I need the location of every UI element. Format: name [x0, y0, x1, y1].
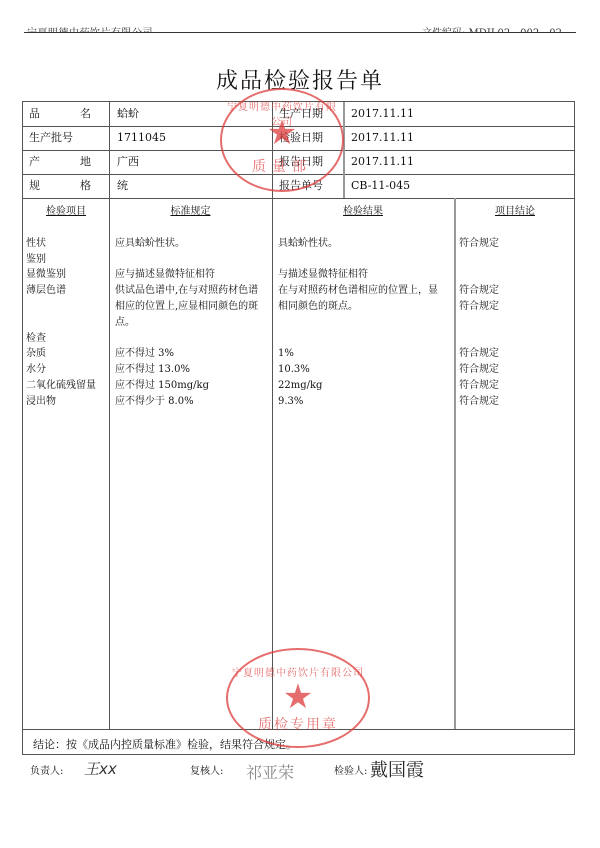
table-cell: [459, 220, 499, 236]
responsible-label: 负责人:: [30, 762, 63, 777]
info-value: CB-11-045: [351, 174, 410, 198]
test-items-column: 性状鉴别显微鉴别薄层色谱检查杂质水分二氧化硫残留量浸出物: [26, 220, 96, 410]
table-cell: 供试品色谱中,在与对照药材色谱: [115, 283, 258, 299]
table-cell: 二氧化硫残留量: [26, 378, 96, 394]
table-cell: [26, 315, 96, 331]
info-label: 规格: [29, 174, 91, 198]
table-cell: 9.3%: [278, 394, 438, 410]
table-cell: 点。: [115, 315, 258, 331]
table-cell: [278, 315, 438, 331]
reviewer-signature: 祁亚荣: [246, 760, 294, 783]
table-cell: 鉴别: [26, 252, 96, 268]
overall-conclusion: 结论：按《成品内控质量标准》检验，结果符合规定。: [33, 736, 297, 752]
info-label: 品名: [29, 102, 91, 126]
table-cell: 符合规定: [459, 283, 499, 299]
table-cell: 符合规定: [459, 378, 499, 394]
results-column: 具蛤蚧性状。与描述显微特征相符在与对照药材色谱相应的位置上，显相同颜色的斑点。1…: [278, 220, 438, 410]
table-cell: 应不得过 150mg/kg: [115, 378, 258, 394]
report-table: 品名蛤蚧生产日期2017.11.11生产批号1711045检验日期2017.11…: [22, 101, 575, 755]
table-cell: 符合规定: [459, 346, 499, 362]
document-number: 文件编码: MDJL02－002－02: [422, 24, 562, 33]
info-label: 生产日期: [279, 102, 323, 126]
info-label: 生产批号: [29, 126, 73, 150]
table-cell: [115, 252, 258, 268]
header-test-item: 检验项目: [23, 202, 109, 217]
table-cell: 应具蛤蚧性状。: [115, 236, 258, 252]
table-cell: 在与对照药材色谱相应的位置上，显: [278, 283, 438, 299]
table-cell: 符合规定: [459, 236, 499, 252]
table-cell: 1%: [278, 346, 438, 362]
table-cell: 10.3%: [278, 362, 438, 378]
standards-column: 应具蛤蚧性状。应与描述显微特征相符供试品色谱中,在与对照药材色谱相应的位置上,应…: [115, 220, 258, 410]
table-cell: [278, 220, 438, 236]
table-cell: 杂质: [26, 346, 96, 362]
table-cell: 符合规定: [459, 394, 499, 410]
table-cell: 具蛤蚧性状。: [278, 236, 438, 252]
table-cell: 相应的位置上,应显相同颜色的斑: [115, 299, 258, 315]
table-cell: [278, 252, 438, 268]
info-value: 蛤蚧: [117, 102, 139, 126]
inspector-label: 检验人:: [334, 762, 367, 777]
table-cell: [115, 220, 258, 236]
info-value: 2017.11.11: [351, 126, 414, 150]
inspector-signature: 戴国霞: [370, 756, 424, 782]
responsible-signature: 王xx: [84, 758, 117, 779]
table-cell: 与描述显微特征相符: [278, 267, 438, 283]
table-cell: [115, 331, 258, 347]
table-cell: 性状: [26, 236, 96, 252]
table-cell: 应与描述显微特征相符: [115, 267, 258, 283]
table-cell: 检查: [26, 331, 96, 347]
page-header: 宁夏明德中药饮片有限公司 文件编码: MDJL02－002－02: [24, 4, 576, 33]
header-conclusion: 项目结论: [454, 202, 576, 217]
info-value: 2017.11.11: [351, 150, 414, 174]
table-cell: [278, 331, 438, 347]
info-value: 1711045: [117, 126, 166, 150]
table-cell: 水分: [26, 362, 96, 378]
table-cell: [26, 220, 96, 236]
header-result: 检验结果: [272, 202, 454, 217]
table-cell: [459, 267, 499, 283]
info-label: 产地: [29, 150, 91, 174]
table-cell: [459, 252, 499, 268]
table-cell: [26, 299, 96, 315]
table-cell: 符合规定: [459, 299, 499, 315]
info-value: 2017.11.11: [351, 102, 414, 126]
info-label: 检验日期: [279, 126, 323, 150]
table-cell: [459, 315, 499, 331]
table-cell: 显微鉴别: [26, 267, 96, 283]
table-cell: 应不得过 3%: [115, 346, 258, 362]
table-cell: 应不得少于 8.0%: [115, 394, 258, 410]
company-name: 宁夏明德中药饮片有限公司: [27, 24, 153, 33]
table-cell: 浸出物: [26, 394, 96, 410]
info-label: 报告单号: [279, 174, 323, 198]
table-cell: 相同颜色的斑点。: [278, 299, 438, 315]
table-cell: 应不得过 13.0%: [115, 362, 258, 378]
conclusions-column: 符合规定符合规定符合规定符合规定符合规定符合规定符合规定: [459, 220, 499, 410]
info-value: 统: [117, 174, 128, 198]
report-title: 成品检验报告单: [0, 64, 600, 95]
table-cell: 符合规定: [459, 362, 499, 378]
info-label: 报告日期: [279, 150, 323, 174]
table-cell: 22mg/kg: [278, 378, 438, 394]
header-standard: 标准规定: [109, 202, 272, 217]
info-value: 广西: [117, 150, 139, 174]
reviewer-label: 复核人:: [190, 762, 223, 777]
table-cell: 薄层色谱: [26, 283, 96, 299]
table-cell: [459, 331, 499, 347]
